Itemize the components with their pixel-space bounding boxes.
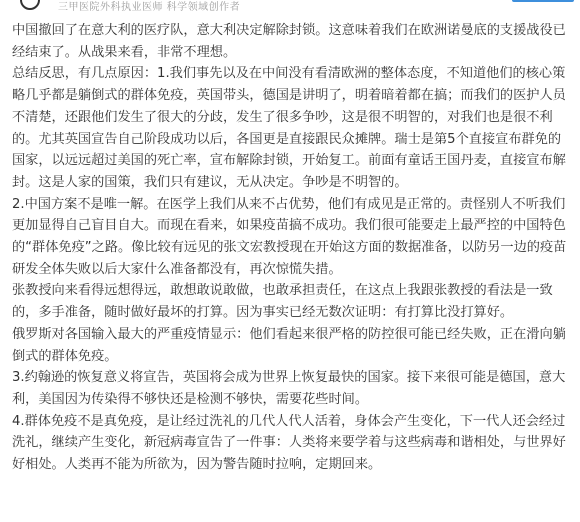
paragraph-point-2: 2.中国方案不是唯一解。在医学上我们从来不占优势，他们有成见是正常的。责怪别人不… (12, 194, 572, 281)
paragraph-point-4: 4.群体免疫不是真免疫，是让经过洗礼的几代人代人活着，身体会产生变化，下一代人还… (12, 411, 572, 476)
paragraph-point-3: 3.约翰逊的恢复意义将宣告，英国将会成为世界上恢复最快的国家。接下来很可能是德国… (12, 367, 572, 410)
paragraph-point-1: 总结反思，有几点原因：1.我们事先以及在中间没有看清欧洲的整体态度，不知道他们的… (12, 63, 572, 193)
author-avatar[interactable] (20, 0, 40, 10)
follow-button[interactable] (512, 0, 574, 2)
paragraph-intro: 中国撤回了在意大利的医疗队，意大利决定解除封锁。这意味着我们在欧洲诺曼底的支援战… (12, 20, 572, 63)
paragraph-russia: 俄罗斯对各国输入最大的严重疫情显示：他们看起来很严格的防控很可能已经失败，正在滑… (12, 324, 572, 367)
post-header: 三甲医院外科执业医师 科学领域创作者 (0, 0, 580, 14)
paragraph-zhang: 张教授向来看得远想得远，敢想敢说敢做，也敢承担责任，在这点上我跟张教授的看法是一… (12, 280, 572, 323)
article-body: 中国撤回了在意大利的医疗队，意大利决定解除封锁。这意味着我们在欧洲诺曼底的支援战… (12, 20, 572, 476)
author-subtitle: 三甲医院外科执业医师 科学领域创作者 (58, 0, 240, 13)
